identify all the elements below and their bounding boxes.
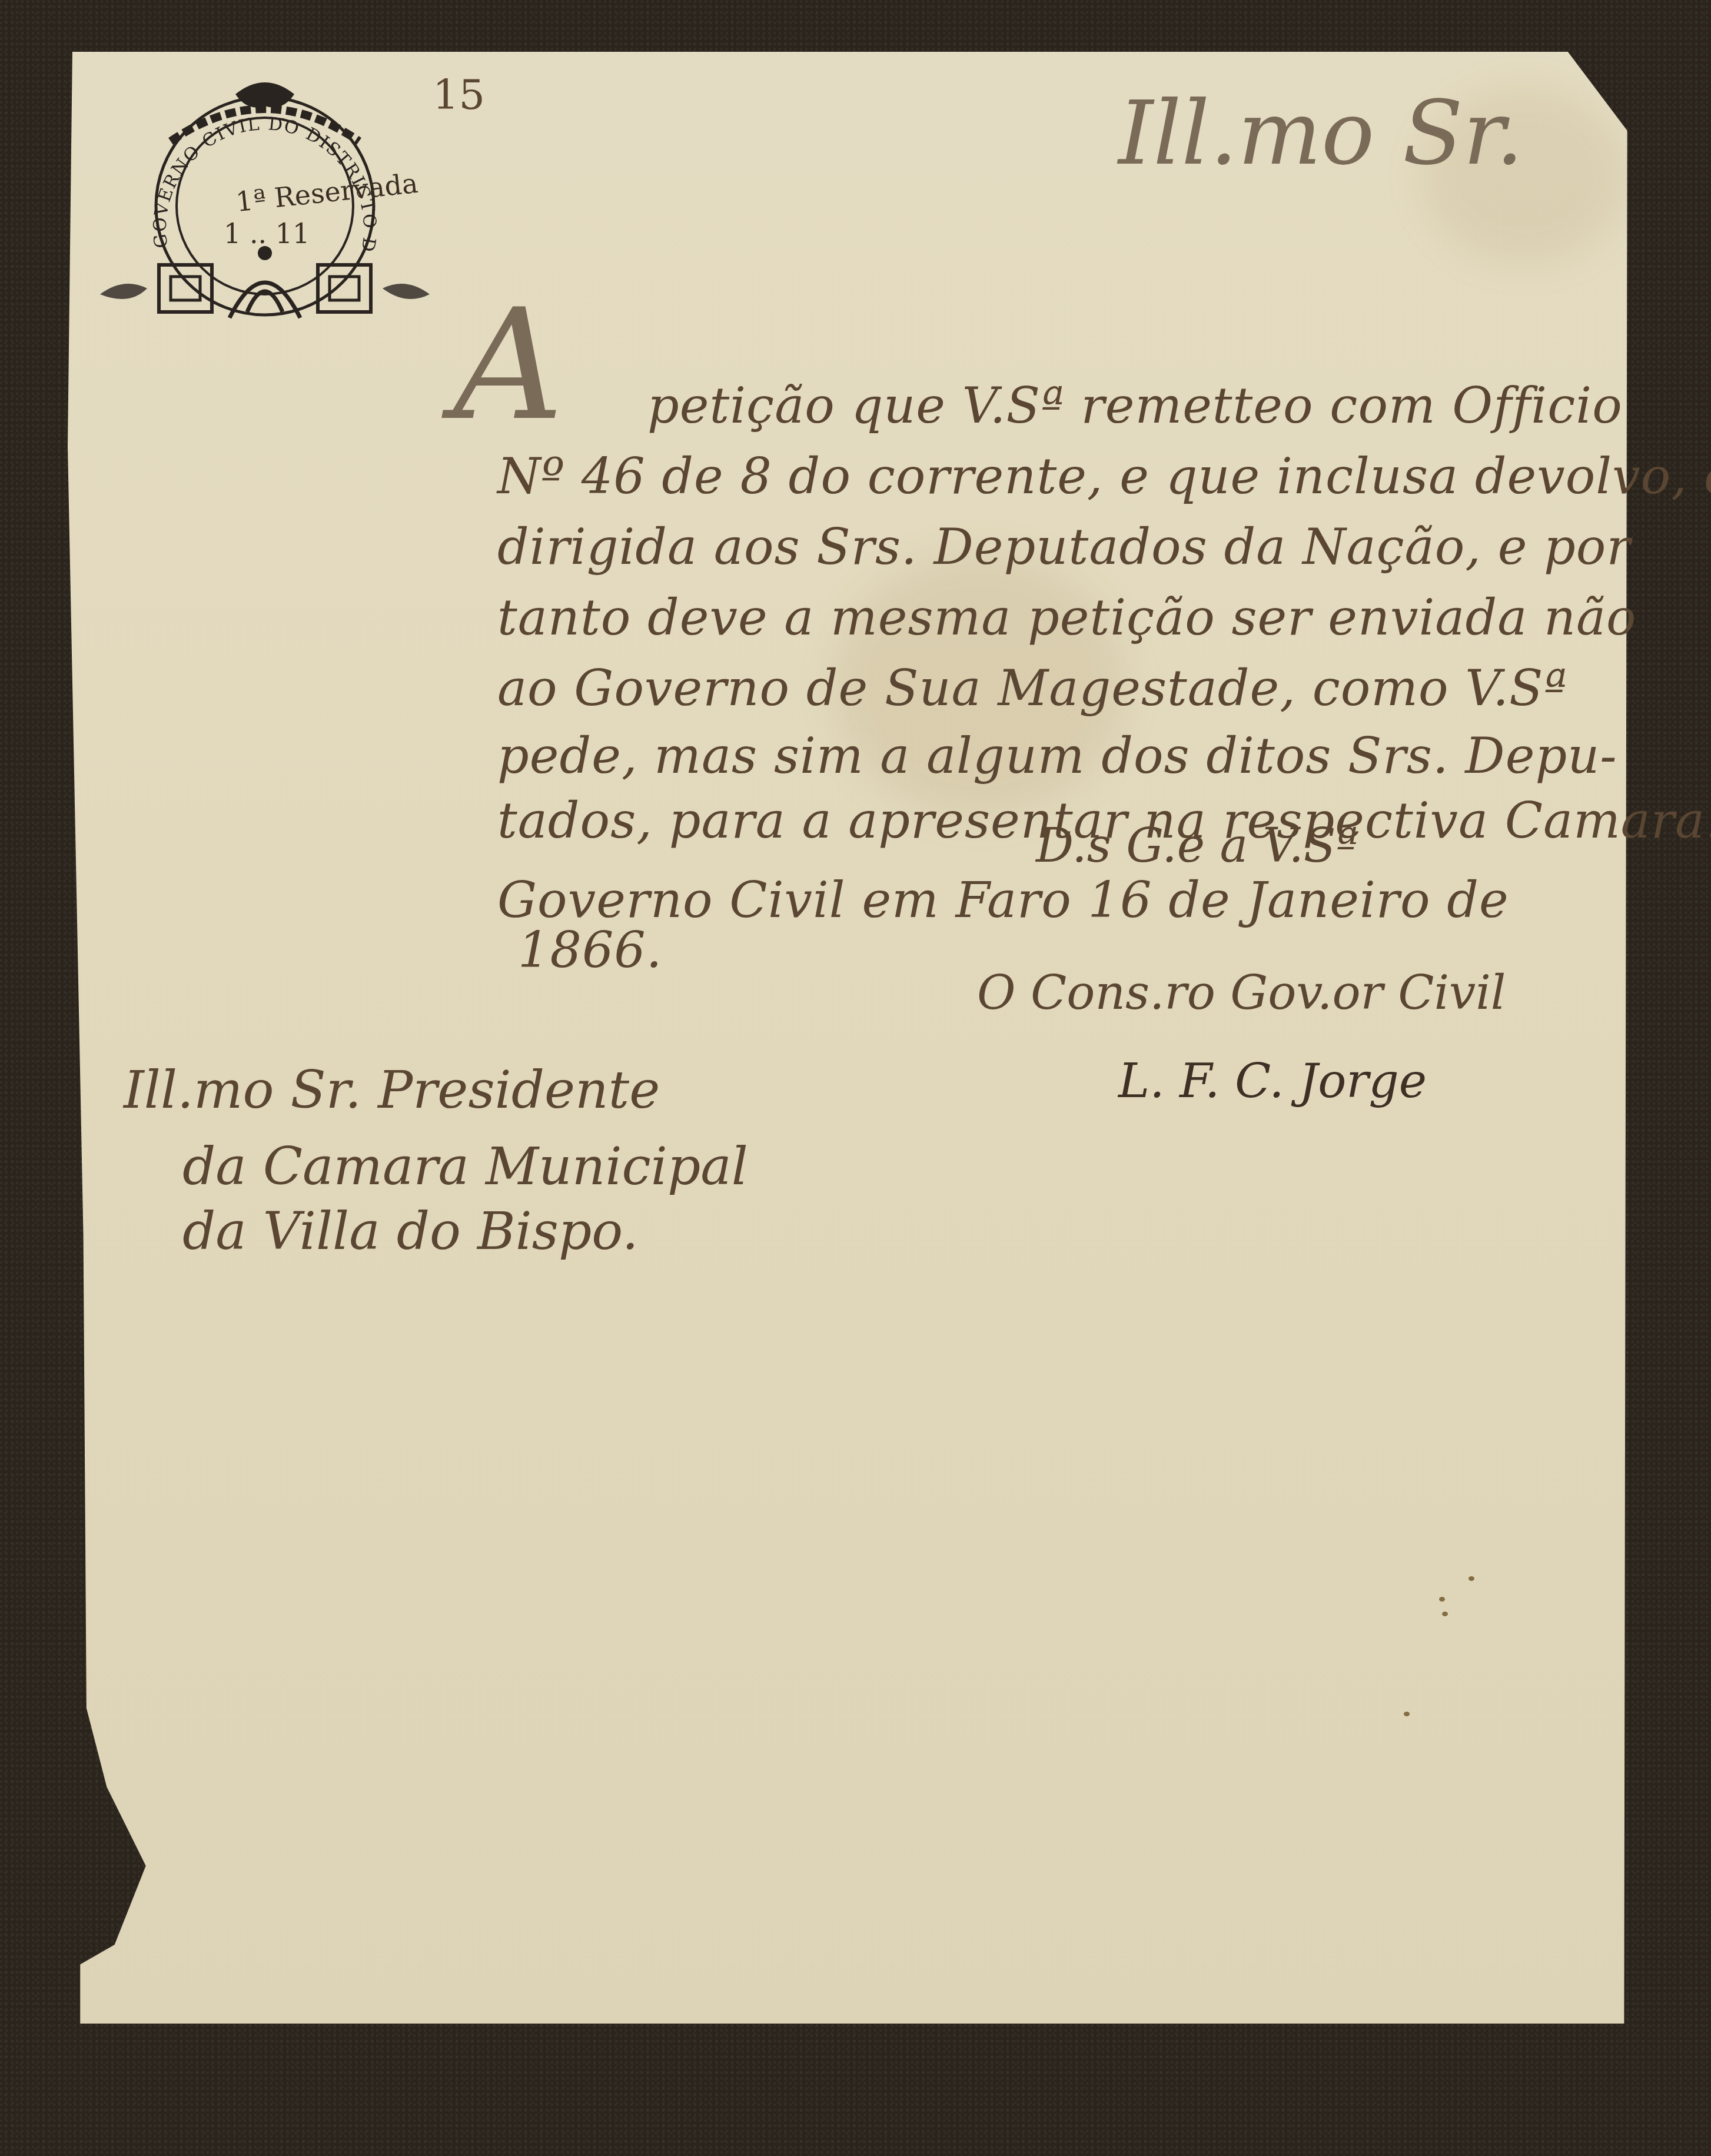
body-line-6: pede, mas sim a algum dos ditos Srs. Dep… — [497, 727, 1617, 785]
signature: L. F. C. Jorge — [1118, 1054, 1427, 1108]
letter-page — [68, 52, 1630, 2024]
official-seal: GOVERNO CIVIL DO DISTRICTO DE FARO 1ª Re… — [88, 71, 441, 341]
body-initial: A — [453, 277, 564, 454]
body-line-5: ao Governo de Sua Magestade, como V.Sª — [497, 659, 1567, 717]
seal-mark: 1 .. 11 — [224, 218, 310, 250]
addressee-line-1: Ill.mo Sr. Presidente — [124, 1059, 660, 1120]
addressee-line-2: da Camara Municipal — [182, 1136, 748, 1197]
year: 1866. — [518, 921, 662, 979]
foxing-spot — [1439, 1597, 1445, 1602]
closing-formula: D.s G.e a V.Sª — [1036, 818, 1358, 873]
foxing-spot — [1442, 1612, 1448, 1616]
foxing-spot — [1469, 1576, 1474, 1581]
folio-number: 15 — [433, 71, 485, 119]
addressee-line-3: da Villa do Bispo. — [182, 1201, 639, 1261]
signature-title: O Cons.ro Gov.or Civil — [977, 965, 1506, 1020]
salutation-top: Ill.mo Sr. — [1118, 82, 1524, 185]
body-line-1: petição que V.Sª remetteo com Officio — [647, 377, 1623, 434]
body-line-2: Nº 46 de 8 do corrente, e que inclusa de… — [497, 447, 1711, 505]
foxing-spot — [1404, 1712, 1410, 1716]
place-date: Governo Civil em Faro 16 de Janeiro de — [497, 871, 1509, 929]
body-line-4: tanto deve a mesma petição ser enviada n… — [497, 589, 1637, 646]
body-line-3: dirigida aos Srs. Deputados da Nação, e … — [497, 518, 1631, 576]
